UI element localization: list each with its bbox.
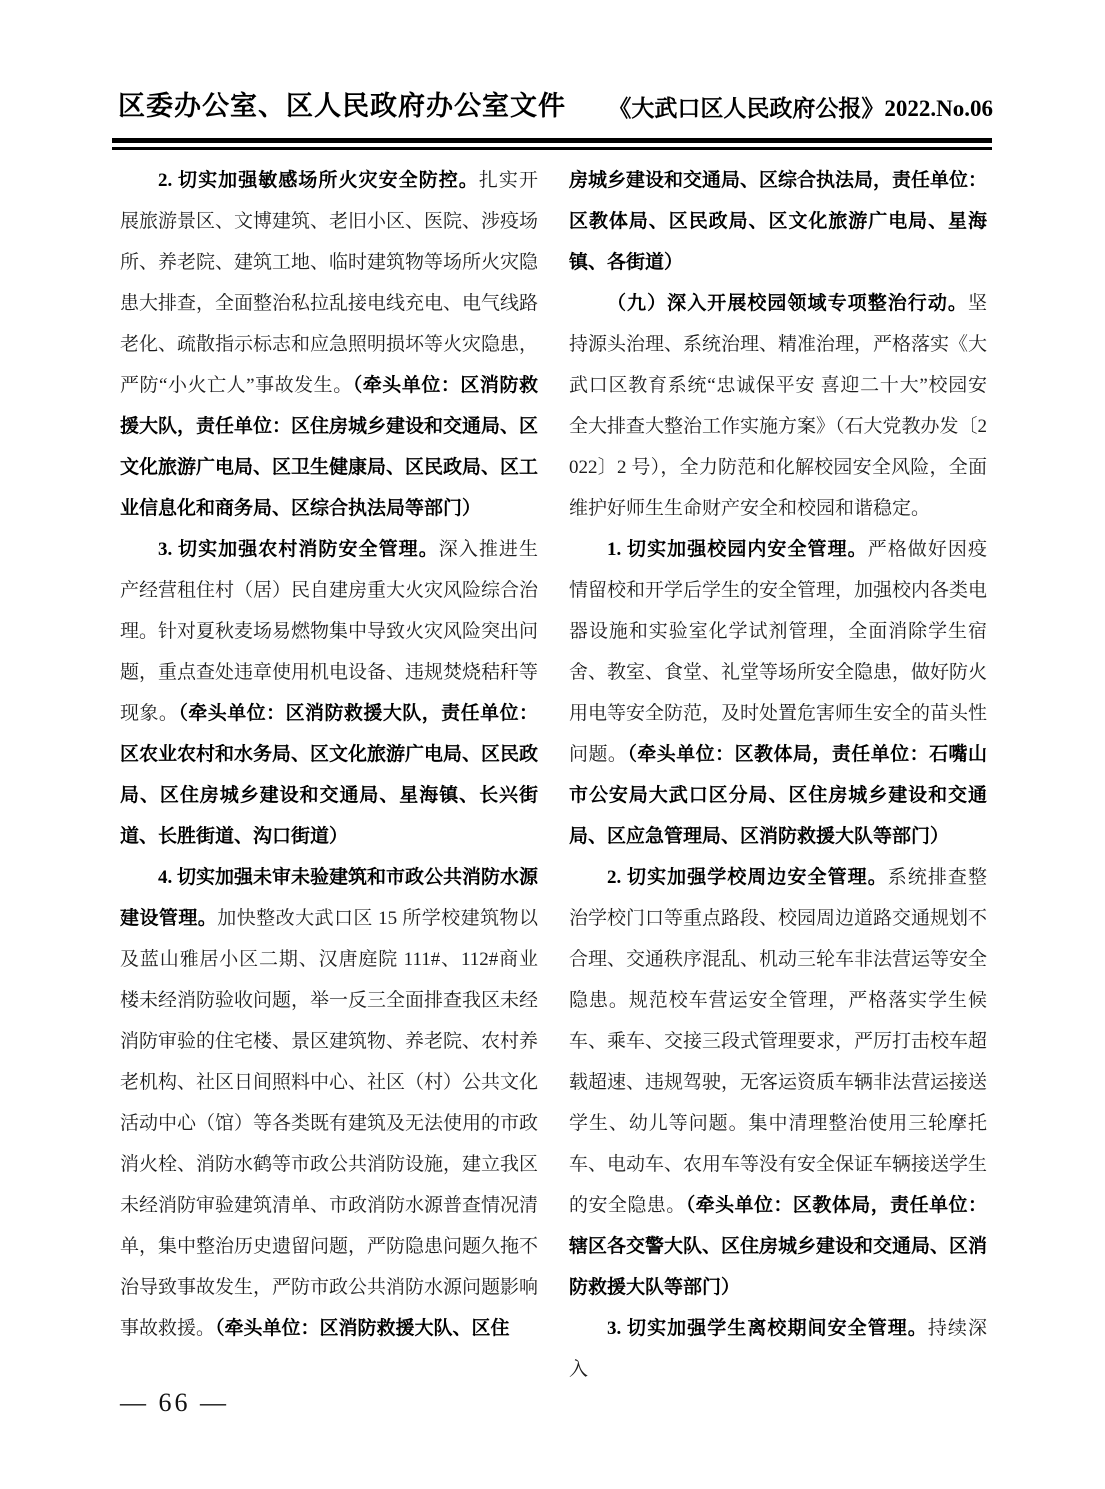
bold-run: 2. 切实加强敏感场所火灾安全防控。 [158,170,479,191]
paragraph: 4. 切实加强未审未验建筑和市政公共消防水源建设管理。加快整改大武口区 15 所… [120,857,538,1349]
bold-run: （九）深入开展校园领域专项整治行动。 [607,293,968,314]
header-right-title: 《大武口区人民政府公报》2022.No.06 [608,90,993,123]
bold-run: （牵头单位：区消防救援大队、区住 [215,1318,510,1339]
text-run: 加快整改大武口区 15 所学校建筑物以及蓝山雅居小区二期、汉唐庭院 111#、1… [120,908,538,1339]
text-run: 深入推进生产经营租住村（居）民自建房重大火灾风险综合治理。针对夏秋麦场易燃物集中… [120,539,538,724]
document-body: 2. 切实加强敏感场所火灾安全防控。扎实开展旅游景区、文博建筑、老旧小区、医院、… [120,160,987,1390]
paragraph: 2. 切实加强学校周边安全管理。系统排查整治学校门口等重点路段、校园周边道路交通… [569,857,987,1308]
bold-run: 3. 切实加强学生离校期间安全管理。 [607,1318,928,1339]
text-run: 系统排查整治学校门口等重点路段、校园周边道路交通规划不合理、交通秩序混乱、机动三… [569,867,987,1216]
bold-run: （牵头单位：区消防救援大队，责任单位：区住房城乡建设和交通局、区文化旅游广电局、… [120,375,538,519]
paragraph: 3. 切实加强农村消防安全管理。深入推进生产经营租住村（居）民自建房重大火灾风险… [120,529,538,857]
text-column-right: 房城乡建设和交通局、区综合执法局，责任单位：区教体局、区民政局、区文化旅游广电局… [569,160,987,1390]
text-run: 坚持源头治理、系统治理、精准治理，严格落实《大武口区教育系统“忠诚保平安 喜迎二… [569,293,987,519]
page-number: — 66 — [120,1388,229,1417]
bold-run: 1. 切实加强校园内安全管理。 [607,539,868,560]
bold-run: （牵头单位：区教体局，责任单位：石嘴山市公安局大武口区分局、区住房城乡建设和交通… [569,744,987,847]
paragraph: 1. 切实加强校园内安全管理。严格做好因疫情留校和开学后学生的安全管理，加强校内… [569,529,987,857]
page-footer: — 66 — [120,1388,229,1418]
header-divider-rule [112,138,992,150]
paragraph: 2. 切实加强敏感场所火灾安全防控。扎实开展旅游景区、文博建筑、老旧小区、医院、… [120,160,538,529]
text-run: 严格做好因疫情留校和开学后学生的安全管理，加强校内各类电器设施和实验室化学试剂管… [569,539,987,765]
text-column-left: 2. 切实加强敏感场所火灾安全防控。扎实开展旅游景区、文博建筑、老旧小区、医院、… [120,160,538,1390]
text-run: 扎实开展旅游景区、文博建筑、老旧小区、医院、涉疫场所、养老院、建筑工地、临时建筑… [120,170,538,396]
gazette-page: 区委办公室、区人民政府办公室文件 《大武口区人民政府公报》2022.No.06 … [0,0,1105,1489]
bold-run: 2. 切实加强学校周边安全管理。 [607,867,888,888]
paragraph: 房城乡建设和交通局、区综合执法局，责任单位：区教体局、区民政局、区文化旅游广电局… [569,160,987,283]
bold-run: 房城乡建设和交通局、区综合执法局，责任单位：区教体局、区民政局、区文化旅游广电局… [569,170,987,273]
bold-run: （牵头单位：区消防救援大队，责任单位：区农业农村和水务局、区文化旅游广电局、区民… [120,703,538,847]
paragraph: 3. 切实加强学生离校期间安全管理。持续深入 [569,1308,987,1390]
bold-run: 3. 切实加强农村消防安全管理。 [158,539,439,560]
header-left-title: 区委办公室、区人民政府办公室文件 [118,84,566,123]
paragraph: （九）深入开展校园领域专项整治行动。坚持源头治理、系统治理、精准治理，严格落实《… [569,283,987,529]
